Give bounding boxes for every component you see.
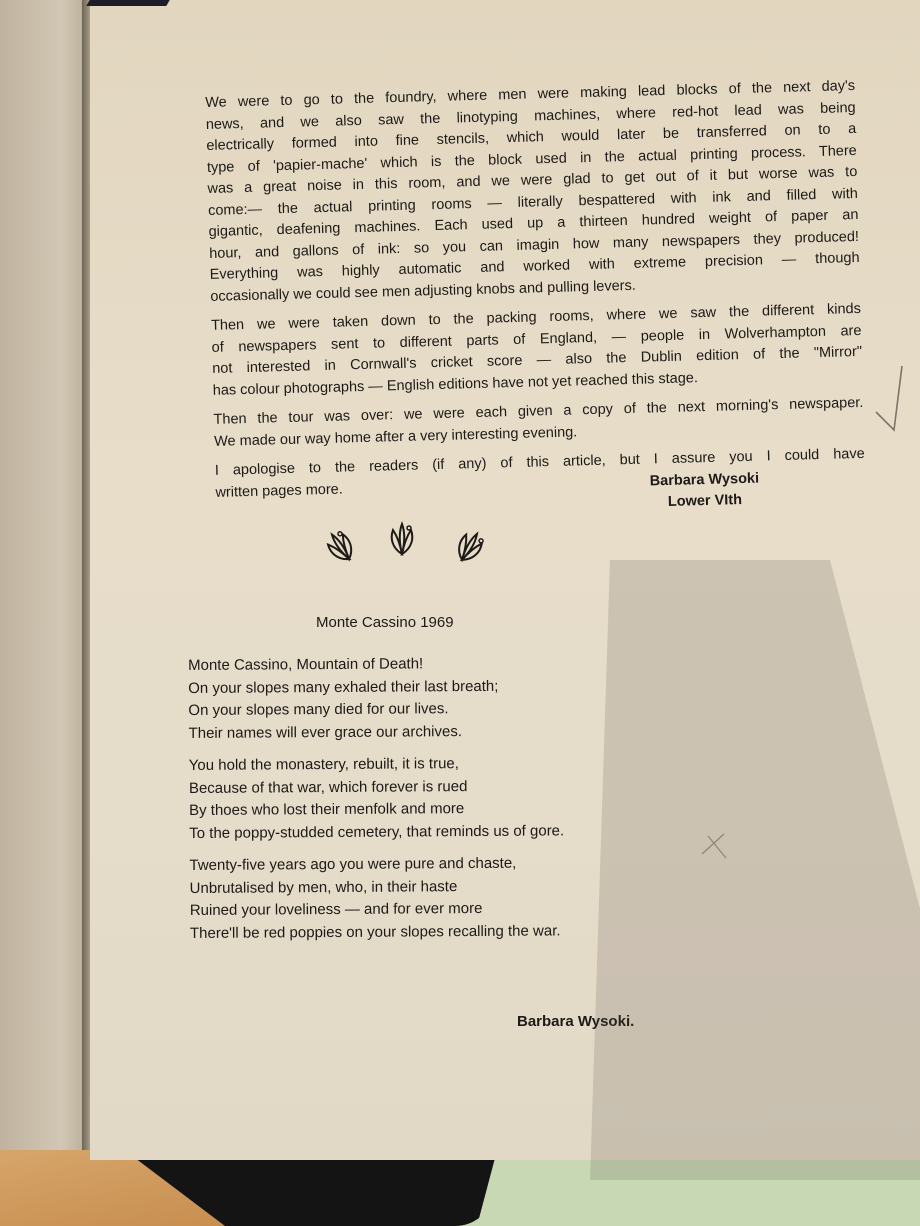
poem-line: Because of that war, which forever is ru… <box>189 775 564 800</box>
poem-stanza: Twenty-five years ago you were pure and … <box>189 852 565 945</box>
pencil-cross-icon <box>700 830 730 860</box>
leaf-sprig-icon <box>448 523 492 569</box>
author-form: Lower VIth <box>650 490 760 514</box>
author-name: Barbara Wysoki <box>649 469 759 493</box>
poem-stanza: Monte Cassino, Mountain of Death! On you… <box>188 652 564 745</box>
poem-line: There'll be red poppies on your slopes r… <box>190 920 565 945</box>
poem-stanza: You hold the monastery, rebuilt, it is t… <box>189 752 565 845</box>
facing-page <box>0 0 88 1160</box>
poem-signature: Barbara Wysoki. <box>517 1013 634 1030</box>
poem-line: Ruined your loveliness — and for ever mo… <box>190 897 565 922</box>
poem-line: Unbrutalised by men, who, in their haste <box>190 875 565 900</box>
poem-line: Twenty-five years ago you were pure and … <box>189 852 564 877</box>
poem-line: On your slopes many died for our lives. <box>188 697 563 722</box>
cover-corner <box>86 0 169 6</box>
article-paragraph: Then the tour was over: we were each giv… <box>213 393 864 453</box>
article-paragraph: I apologise to the readers (if any) of t… <box>215 444 866 504</box>
poem-line: Monte Cassino, Mountain of Death! <box>188 652 563 677</box>
leaf-sprig-icon <box>317 523 362 570</box>
article-signature: Barbara Wysoki Lower VIth <box>649 469 759 514</box>
poem-line: On your slopes many exhaled their last b… <box>188 675 563 700</box>
pencil-tick-icon <box>872 362 912 442</box>
article-paragraph: We were to go to the foundry, where men … <box>205 76 860 308</box>
book-binding <box>82 0 90 1160</box>
poem-line: You hold the monastery, rebuilt, it is t… <box>189 752 564 777</box>
poem-line: By thoes who lost their menfolk and more <box>189 797 564 822</box>
poem-title: Monte Cassino 1969 <box>316 614 454 631</box>
article-body: We were to go to the foundry, where men … <box>205 76 866 512</box>
ornament-divider <box>325 528 495 568</box>
leaf-sprig-icon <box>387 520 417 556</box>
poem-line: Their names will ever grace our archives… <box>188 720 563 745</box>
article-paragraph: Then we were taken down to the packing r… <box>211 299 863 402</box>
poem-body: Monte Cassino, Mountain of Death! On you… <box>188 652 565 955</box>
poem-line: To the poppy-studded cemetery, that remi… <box>189 820 564 845</box>
